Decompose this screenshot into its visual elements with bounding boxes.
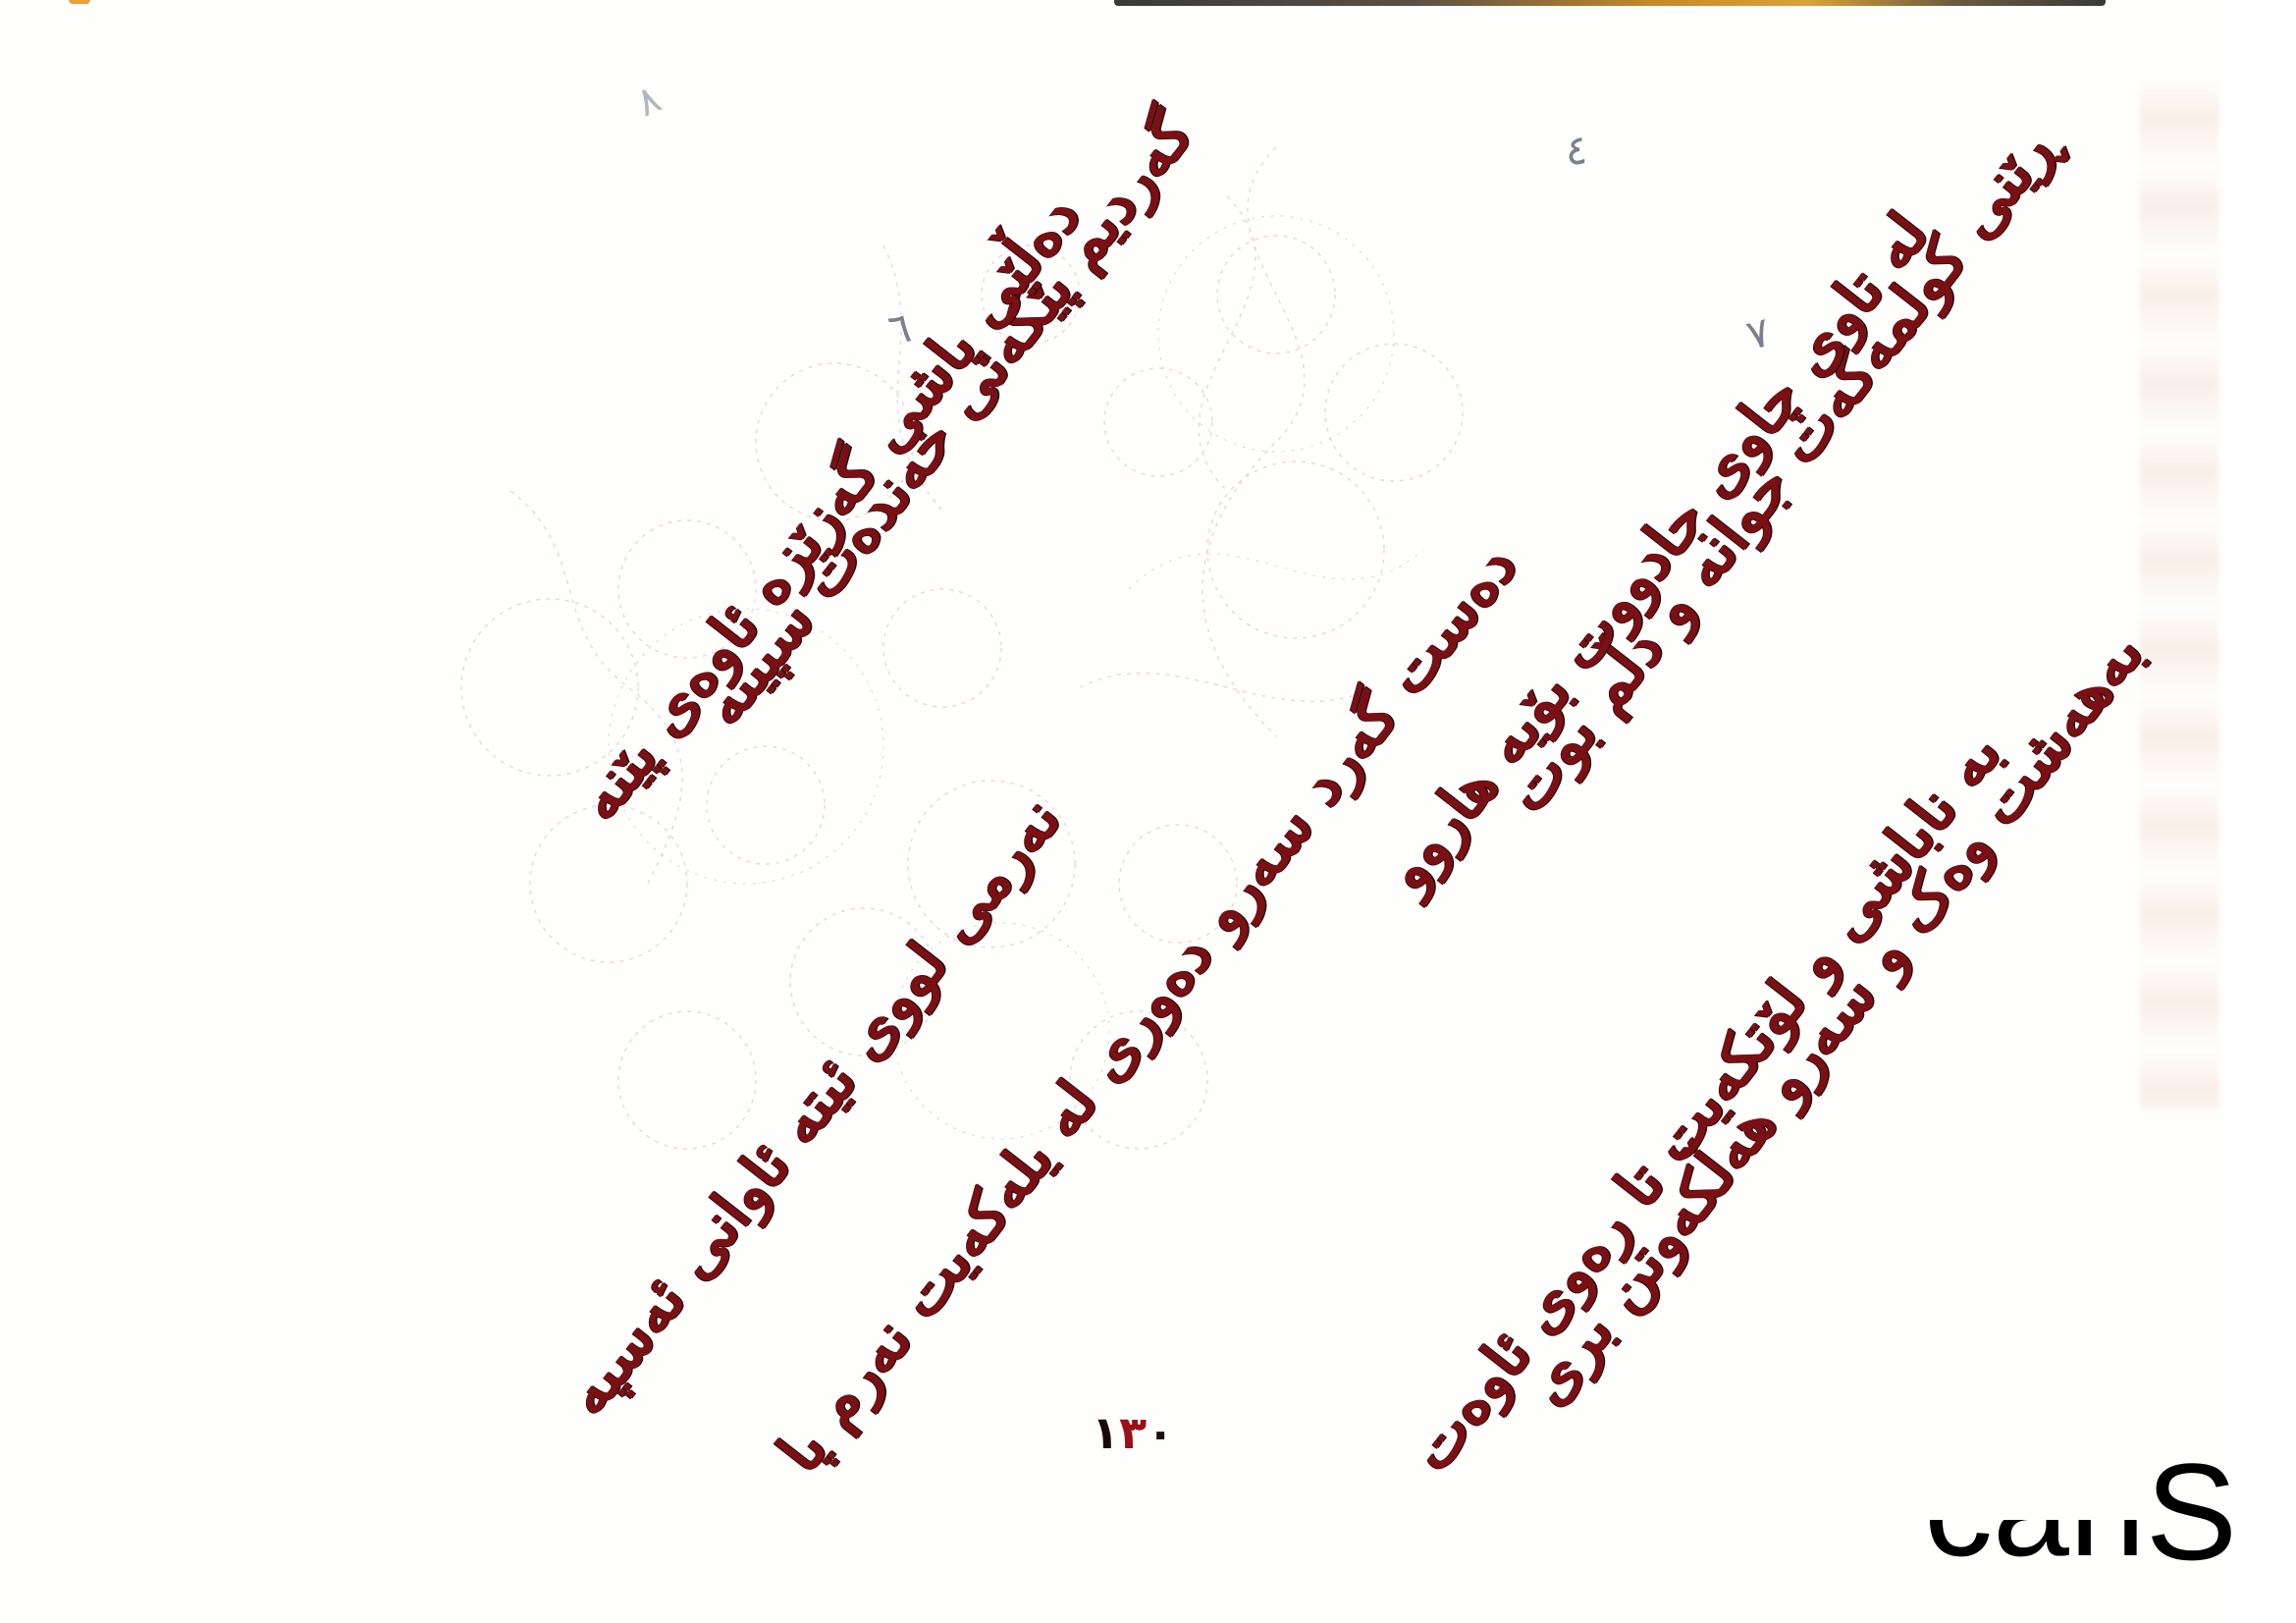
page-number-digit: ٣	[1119, 1406, 1147, 1459]
watermark: canS	[1924, 1443, 2237, 1581]
corner-mark	[69, 0, 90, 4]
page-edge-stain	[2140, 79, 2218, 1109]
pencil-number-4: ٤	[1566, 126, 1588, 174]
verse-line: نەرمی لووی ئیتە ئاوانی ئەسپە	[550, 784, 1075, 1428]
pencil-number-8: ٨	[629, 77, 667, 127]
pencil-number-7: ٧	[1741, 307, 1775, 359]
binding-edge	[1114, 0, 2106, 6]
page-number-digit: ١	[1092, 1406, 1119, 1459]
watermark-letter: S	[2146, 1434, 2237, 1589]
watermark-cut-text: can	[1924, 1520, 2146, 1577]
pencil-number-6: ٦	[884, 302, 915, 353]
page-number-digit: ٠	[1147, 1406, 1174, 1459]
verse-line: دەڵێی پاشی گەزێزە ئاوەی پێنە	[562, 181, 1095, 834]
book-page: ڕێنی کولمەکەت جوانە و دڵم بوت لە تاوی چا…	[0, 0, 2296, 1623]
verse-line: لە تاوی چاوی جادووت بۆیە هاروو	[1369, 198, 1943, 903]
verse-line: بە ناباشی و لۆتکەیت تا رەوی ئاوەت	[1395, 718, 2015, 1485]
verse-line: ڕێنی کولمەکەت جوانە و دڵم بوت	[1490, 110, 2071, 826]
page-number: ١٣٠	[1092, 1406, 1174, 1459]
scan-margin	[2223, 0, 2296, 1623]
